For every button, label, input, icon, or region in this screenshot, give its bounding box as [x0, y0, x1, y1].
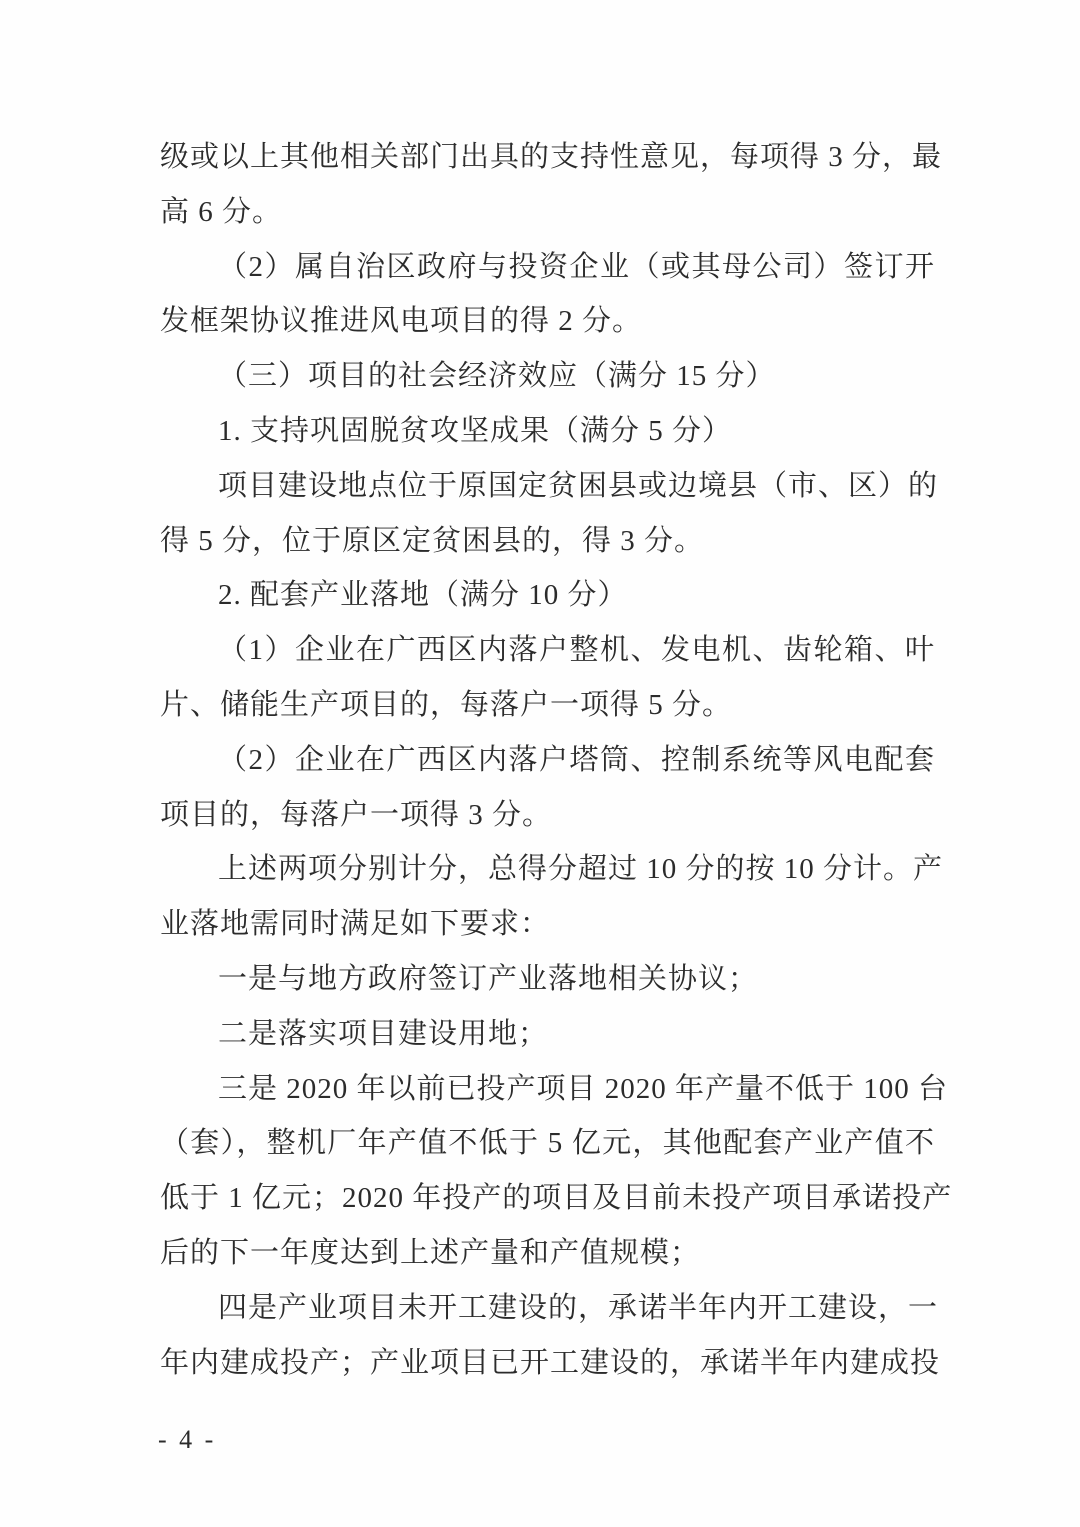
document-subsection-heading: 2. 配套产业落地（满分 10 分）: [160, 568, 935, 623]
document-line: （1）企业在广西区内落户整机、发电机、齿轮箱、叶: [160, 623, 935, 678]
document-list-item: 四是产业项目未开工建设的，承诺半年内开工建设，一: [160, 1281, 935, 1336]
document-line: 得 5 分，位于原区定贫困县的，得 3 分。: [160, 514, 935, 569]
document-list-item: 二是落实项目建设用地；: [160, 1007, 935, 1062]
document-line: 发框架协议推进风电项目的得 2 分。: [160, 294, 935, 349]
document-line: （2）属自治区政府与投资企业（或其母公司）签订开: [160, 240, 935, 295]
document-line: 高 6 分。: [160, 185, 935, 240]
document-page: 级或以上其他相关部门出具的支持性意见，每项得 3 分，最 高 6 分。 （2）属…: [0, 0, 1080, 1527]
document-line: 级或以上其他相关部门出具的支持性意见，每项得 3 分，最: [160, 130, 935, 185]
document-line: （2）企业在广西区内落户塔筒、控制系统等风电配套: [160, 733, 935, 788]
document-text-block: 级或以上其他相关部门出具的支持性意见，每项得 3 分，最 高 6 分。 （2）属…: [160, 130, 935, 1390]
document-line: 年内建成投产；产业项目已开工建设的，承诺半年内建成投: [160, 1336, 935, 1391]
document-line: 后的下一年度达到上述产量和产值规模；: [160, 1226, 935, 1281]
document-subsection-heading: 1. 支持巩固脱贫攻坚成果（满分 5 分）: [160, 404, 935, 459]
document-line: 片、储能生产项目的，每落户一项得 5 分。: [160, 678, 935, 733]
document-section-heading: （三）项目的社会经济效应（满分 15 分）: [160, 349, 935, 404]
page-number: - 4 -: [158, 1425, 216, 1455]
document-line: 项目的，每落户一项得 3 分。: [160, 788, 935, 843]
document-line: 项目建设地点位于原国定贫困县或边境县（市、区）的: [160, 459, 935, 514]
document-line: 上述两项分别计分，总得分超过 10 分的按 10 分计。产: [160, 842, 935, 897]
document-line: 业落地需同时满足如下要求：: [160, 897, 935, 952]
document-list-item: 一是与地方政府签订产业落地相关协议；: [160, 952, 935, 1007]
document-list-item: 三是 2020 年以前已投产项目 2020 年产量不低于 100 台: [160, 1062, 935, 1117]
document-line: （套），整机厂年产值不低于 5 亿元，其他配套产业产值不: [160, 1116, 935, 1171]
document-line: 低于 1 亿元；2020 年投产的项目及目前未投产项目承诺投产: [160, 1171, 935, 1226]
